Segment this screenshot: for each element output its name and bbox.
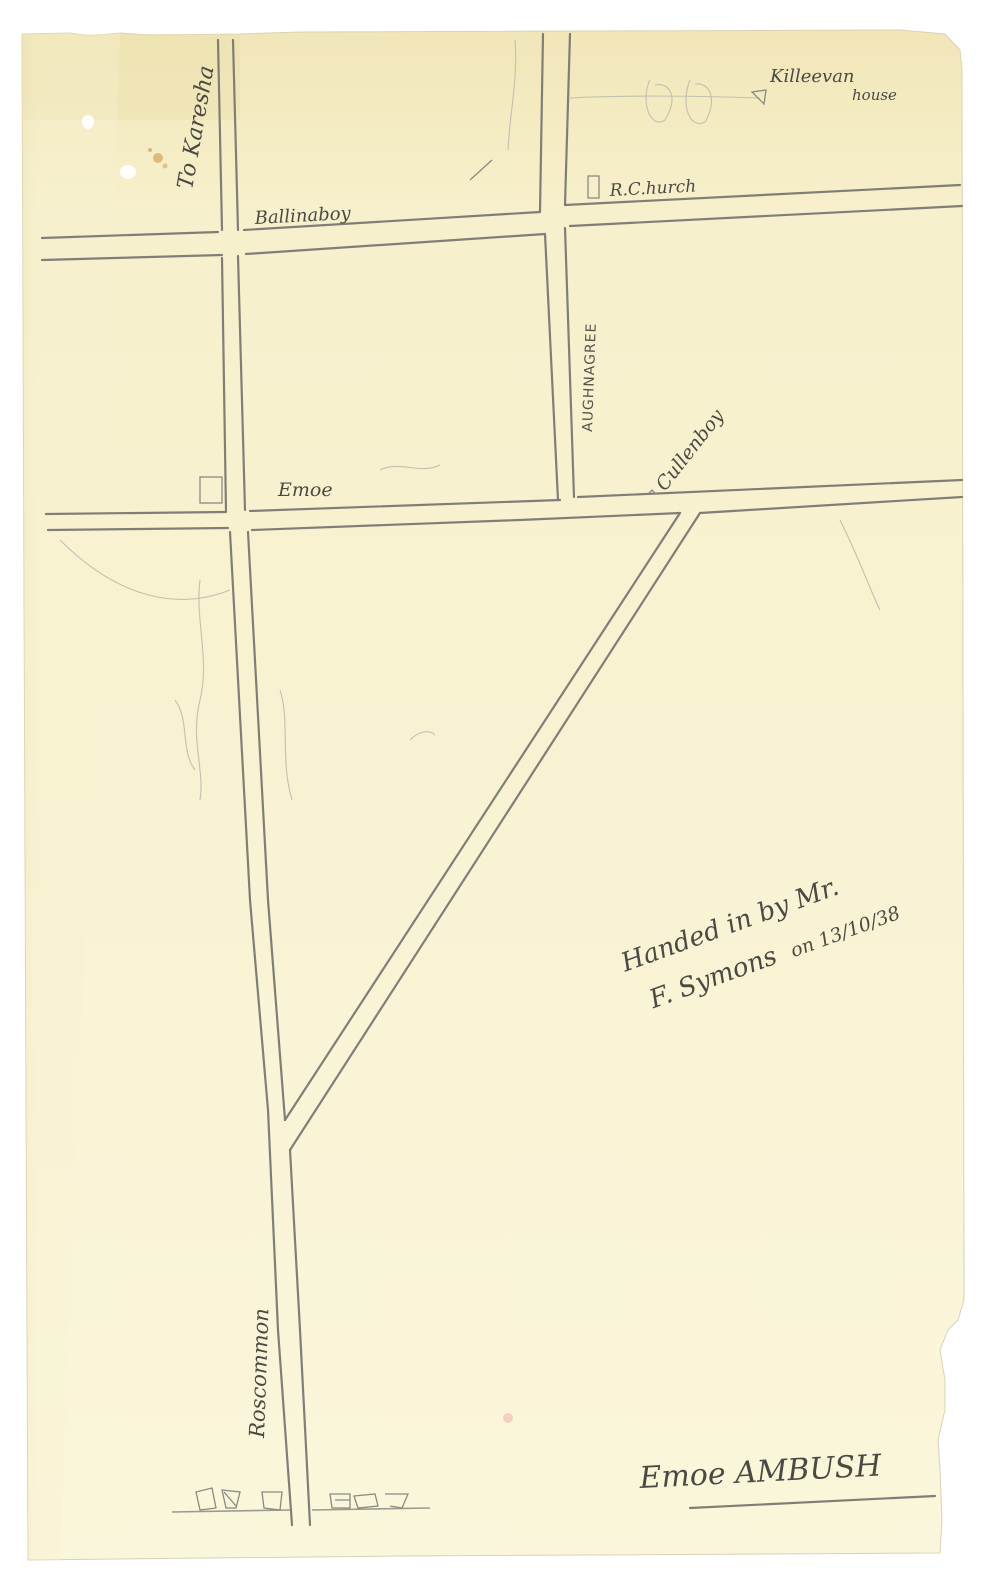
label-killeevan: Killeevan xyxy=(769,66,855,87)
label-roscommon: Roscommon xyxy=(245,1308,274,1439)
label-emoe: Emoe xyxy=(277,479,333,501)
label-house: house xyxy=(852,86,897,104)
scanned-map-page: To Karesha Killeevan house R.C.hurch Bal… xyxy=(0,0,1000,1591)
paper-sheet xyxy=(22,30,964,1560)
